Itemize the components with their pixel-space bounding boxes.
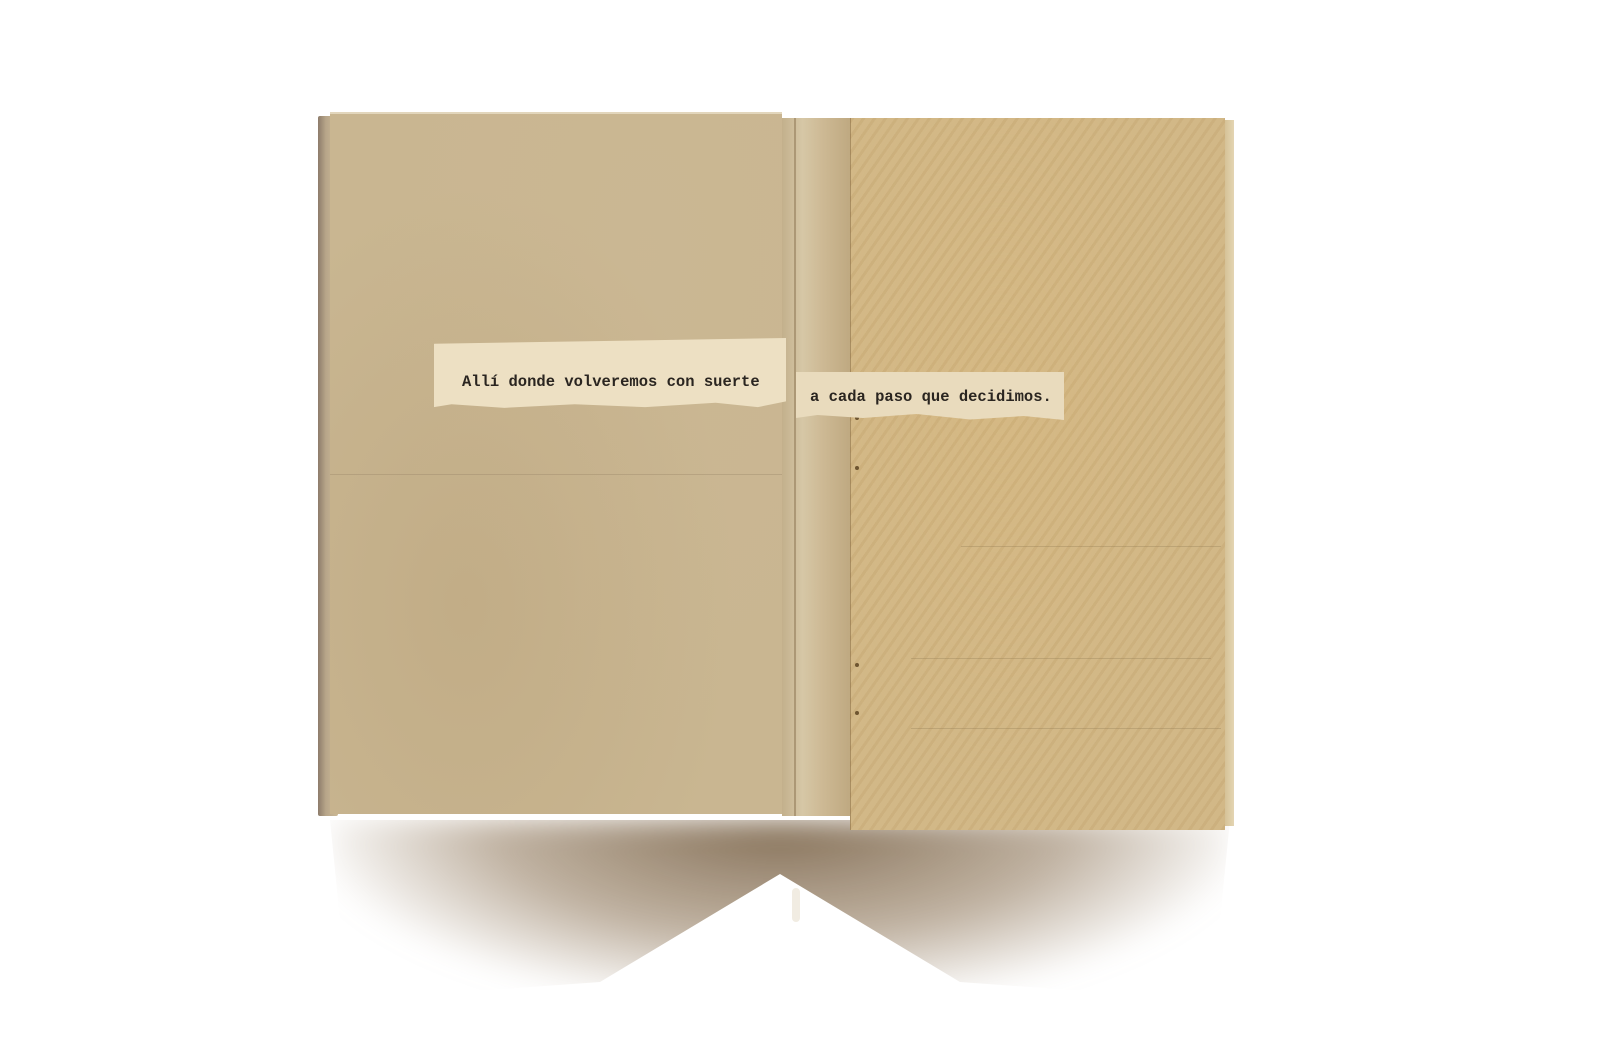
pin-mark	[855, 711, 859, 715]
book-gutter	[782, 118, 850, 816]
left-page	[330, 112, 782, 814]
typed-strip-right: a cada paso que decidimos.	[796, 372, 1064, 422]
ghost-line	[911, 728, 1221, 729]
typed-strip-left: Allí donde volveremos con suerte	[434, 338, 786, 410]
pin-mark	[855, 663, 859, 667]
book-shadow	[330, 820, 1230, 1000]
right-page	[850, 118, 1225, 830]
left-page-fold	[330, 474, 782, 475]
ghost-line	[911, 658, 1211, 659]
typed-text-left: Allí donde volveremos con suerte	[462, 373, 760, 391]
gutter-tear	[792, 888, 800, 922]
typed-text-right: a cada paso que decidimos.	[810, 388, 1052, 406]
pin-mark	[855, 466, 859, 470]
ghost-line	[961, 546, 1221, 547]
gutter-crease	[794, 118, 796, 816]
